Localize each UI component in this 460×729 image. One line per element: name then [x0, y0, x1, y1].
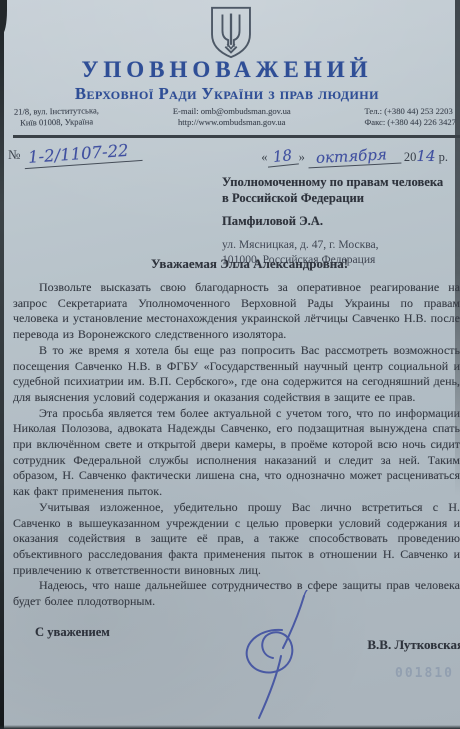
fax-line: Факс: (+380 44) 226 3427: [364, 117, 456, 128]
body-paragraph: Учитывая изложенное, убедительно прошу В…: [13, 500, 460, 579]
letterhead-subtitle: Верховної Ради України з прав людини: [0, 84, 454, 104]
email-line: E-mail: omb@ombudsman.gov.ua: [173, 106, 291, 117]
letterhead-phones: Тел.: (+380 44) 253 2203 Факс: (+380 44)…: [364, 106, 456, 128]
reference-number-row: № 1-2/1107-22: [8, 144, 142, 165]
date-year-handwritten: 14: [416, 147, 435, 165]
recipient-block: Уполномоченному по правам человека в Рос…: [222, 174, 443, 267]
body-paragraph: В то же время я хотела бы еще раз попрос…: [13, 343, 460, 406]
date-month-handwritten: октября: [308, 145, 402, 169]
recipient-address-line1: ул. Мясницкая, д. 47, г. Москва,: [222, 238, 443, 253]
date-row: «18» октября 2014 р.: [261, 147, 448, 166]
recipient-line1: Уполномоченному по правам человека: [222, 174, 443, 190]
body-paragraph: Эта просьба является тем более актуально…: [13, 406, 460, 500]
letter-photo: УПОВНОВАЖЕНИЙ Верховної Ради України з п…: [0, 0, 460, 729]
letterhead-address: 21/8, вул. Інститутська, Київ 01008, Укр…: [14, 105, 99, 128]
letterhead-title: УПОВНОВАЖЕНИЙ: [0, 57, 454, 83]
ref-no-handwritten-value: 1-2/1107-22: [23, 140, 142, 169]
handwritten-signature-icon: [222, 590, 322, 722]
photo-left-edge: [0, 0, 4, 729]
letterhead-divider: [13, 135, 460, 138]
date-quote-close: »: [299, 150, 305, 164]
letterhead-contacts: 21/8, вул. Інститутська, Київ 01008, Укр…: [14, 106, 456, 128]
recipient-name: Памфиловой Э.А.: [222, 213, 443, 229]
ukraine-coat-of-arms-icon: [207, 5, 255, 60]
faint-stamp-number: 001810: [395, 666, 454, 681]
closing-regards: С уважением: [35, 625, 110, 653]
recipient-line2: в Российской Федерации: [222, 190, 443, 206]
body-paragraph: Позвольте высказать свою благодарность з…: [13, 280, 460, 343]
address-line2: Київ 01008, Україна: [14, 116, 99, 128]
photo-top-left-corner: [0, 0, 7, 34]
date-day-handwritten: 18: [267, 145, 300, 167]
date-year-printed: 20: [404, 150, 417, 164]
photo-bottom-edge: [0, 725, 460, 729]
salutation: Уважаемая Элла Александровна!: [13, 256, 460, 272]
phone-line: Тел.: (+380 44) 253 2203: [364, 106, 456, 117]
letterhead-web: E-mail: omb@ombudsman.gov.ua http://www.…: [173, 106, 291, 128]
website-line: http://www.ombudsman.gov.ua: [173, 117, 291, 128]
ref-no-label: №: [8, 147, 20, 162]
date-year-suffix: р.: [439, 150, 448, 164]
signer-name: В.В. Лутковская: [367, 637, 460, 653]
